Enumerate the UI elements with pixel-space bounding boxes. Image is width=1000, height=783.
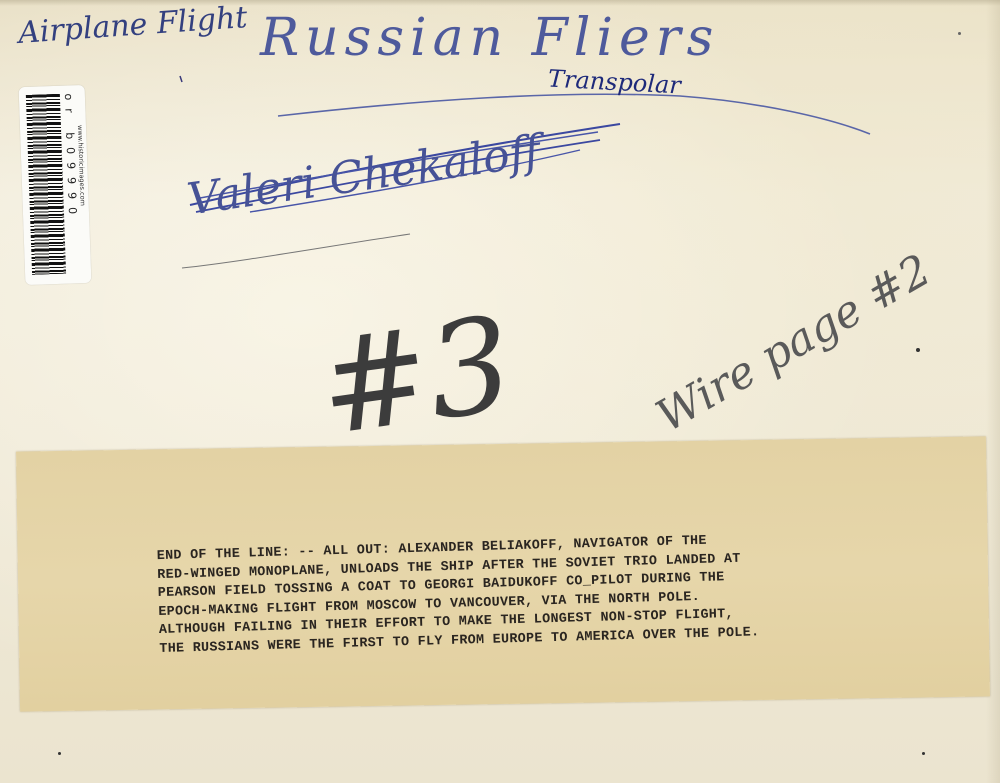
paper-speck (58, 752, 61, 755)
barcode-sticker: or b09990 www.historicimages.com (19, 85, 92, 285)
pencil-number-annotation: #3 (310, 287, 521, 464)
barcode-icon (26, 94, 66, 275)
paper-speck (916, 348, 920, 352)
caption-text: END OF THE LINE: -- ALL OUT: ALEXANDER B… (157, 528, 880, 660)
paper-speck (958, 32, 961, 35)
paper-speck (922, 752, 925, 755)
paper-top-edge (0, 0, 1000, 6)
handwritten-title: Russian Fliers (260, 8, 719, 68)
